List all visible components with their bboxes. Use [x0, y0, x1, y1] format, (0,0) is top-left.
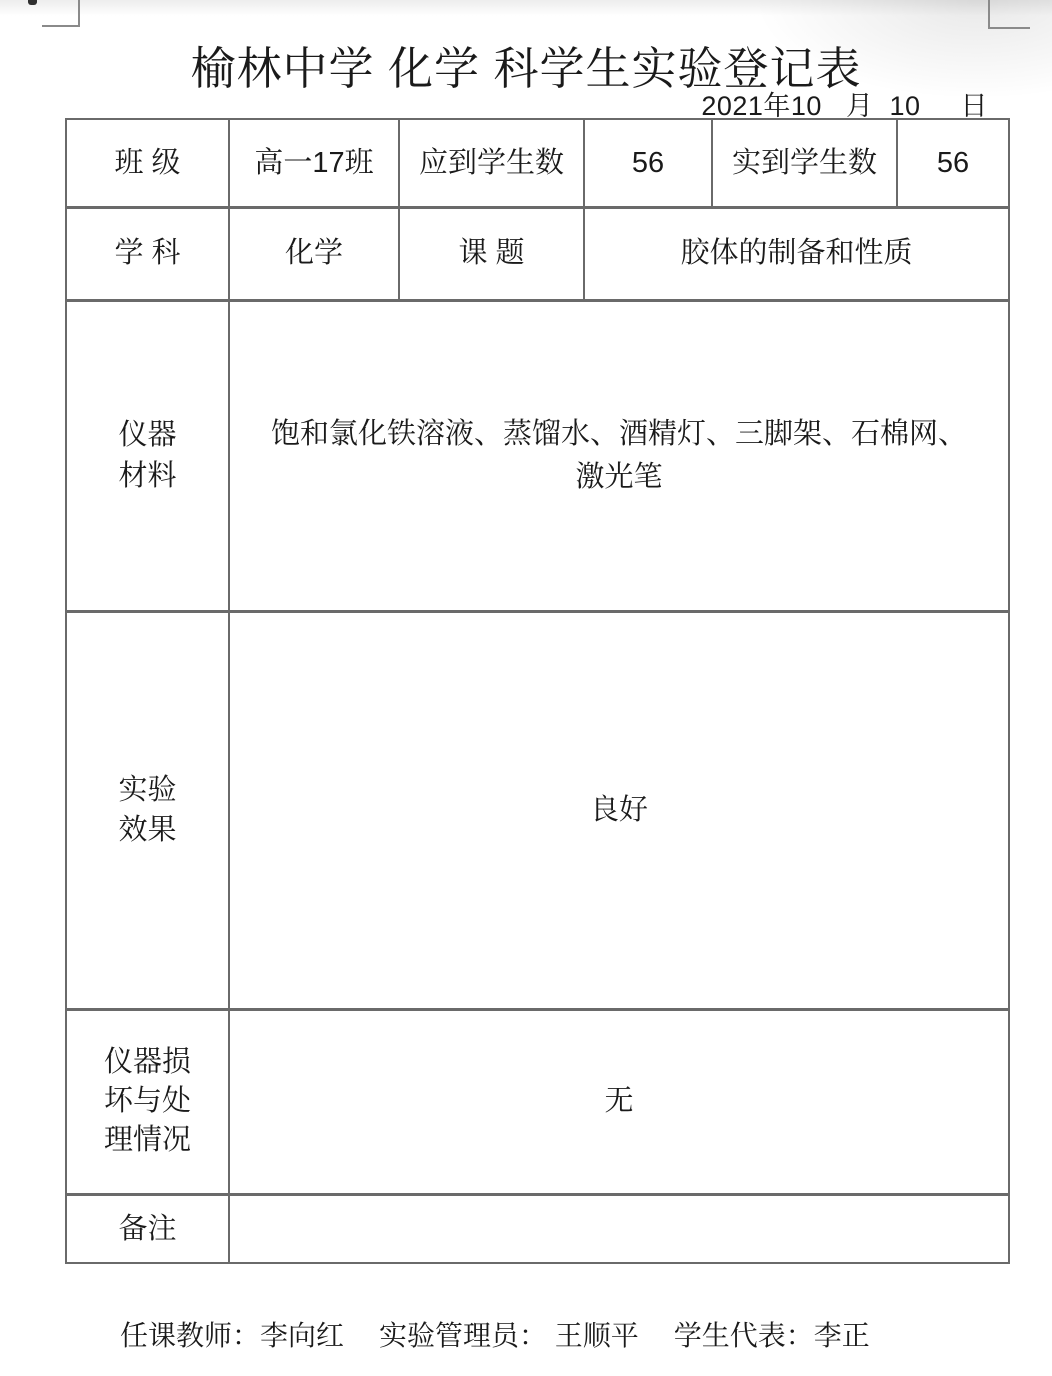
- effect-value-cell: 良好: [229, 611, 1009, 1009]
- scan-top-shading: [0, 0, 1052, 16]
- materials-value: 饱和氯化铁溶液、蒸馏水、酒精灯、三脚架、石棉网、激光笔: [262, 413, 975, 497]
- damage-label-cell: 仪器损坏与处理情况: [66, 1009, 229, 1194]
- teacher-signature: 任课教师：李向红: [120, 1314, 344, 1354]
- expected-students-label-cell: 应到学生数: [399, 119, 584, 207]
- lab-manager-signature: 实验管理员： 王顺平: [379, 1314, 639, 1354]
- class-label-cell: 班 级: [66, 119, 229, 207]
- subject-label-cell: 学 科: [66, 207, 229, 300]
- expected-students-value-cell: 56: [584, 119, 712, 207]
- damage-label: 仪器损坏与处理情况: [100, 1043, 194, 1159]
- class-value-cell: 高一17班: [229, 119, 399, 207]
- table-row-materials: 仪器材料 饱和氯化铁溶液、蒸馏水、酒精灯、三脚架、石棉网、激光笔: [66, 300, 1009, 611]
- signature-line: 任课教师：李向红 实验管理员： 王顺平 学生代表：李正: [120, 1314, 870, 1354]
- actual-students-value-cell: 56: [897, 119, 1009, 207]
- remarks-label-cell: 备注: [66, 1194, 229, 1263]
- scan-smudge-top-left: [28, 0, 37, 5]
- table-row-subject: 学 科 化学 课 题 胶体的制备和性质: [66, 207, 1009, 300]
- topic-value-cell: 胶体的制备和性质: [584, 207, 1009, 300]
- damage-value-cell: 无: [229, 1009, 1009, 1194]
- subject-value-cell: 化学: [229, 207, 399, 300]
- remarks-value-cell: [229, 1194, 1009, 1263]
- scanned-form-page: 榆林中学 化学 科学生实验登记表 2021年10 月 10 日 班 级 高一17…: [0, 0, 1052, 1376]
- corner-mark-top-right: [988, 0, 1030, 29]
- table-row-remarks: 备注: [66, 1194, 1009, 1263]
- corner-mark-top-left: [42, 0, 80, 27]
- student-rep-signature: 学生代表：李正: [674, 1314, 870, 1354]
- table-row-class: 班 级 高一17班 应到学生数 56 实到学生数 56: [66, 119, 1009, 207]
- table-row-effect: 实验效果 良好: [66, 611, 1009, 1009]
- topic-label-cell: 课 题: [399, 207, 584, 300]
- actual-students-label-cell: 实到学生数: [712, 119, 897, 207]
- table-row-damage: 仪器损坏与处理情况 无: [66, 1009, 1009, 1194]
- experiment-registration-table: 班 级 高一17班 应到学生数 56 实到学生数 56 学 科 化学 课 题 胶…: [65, 118, 1010, 1264]
- effect-label: 实验效果: [116, 770, 180, 850]
- effect-label-cell: 实验效果: [66, 611, 229, 1009]
- materials-label: 仪器材料: [116, 415, 180, 495]
- materials-value-cell: 饱和氯化铁溶液、蒸馏水、酒精灯、三脚架、石棉网、激光笔: [229, 300, 1009, 611]
- materials-label-cell: 仪器材料: [66, 300, 229, 611]
